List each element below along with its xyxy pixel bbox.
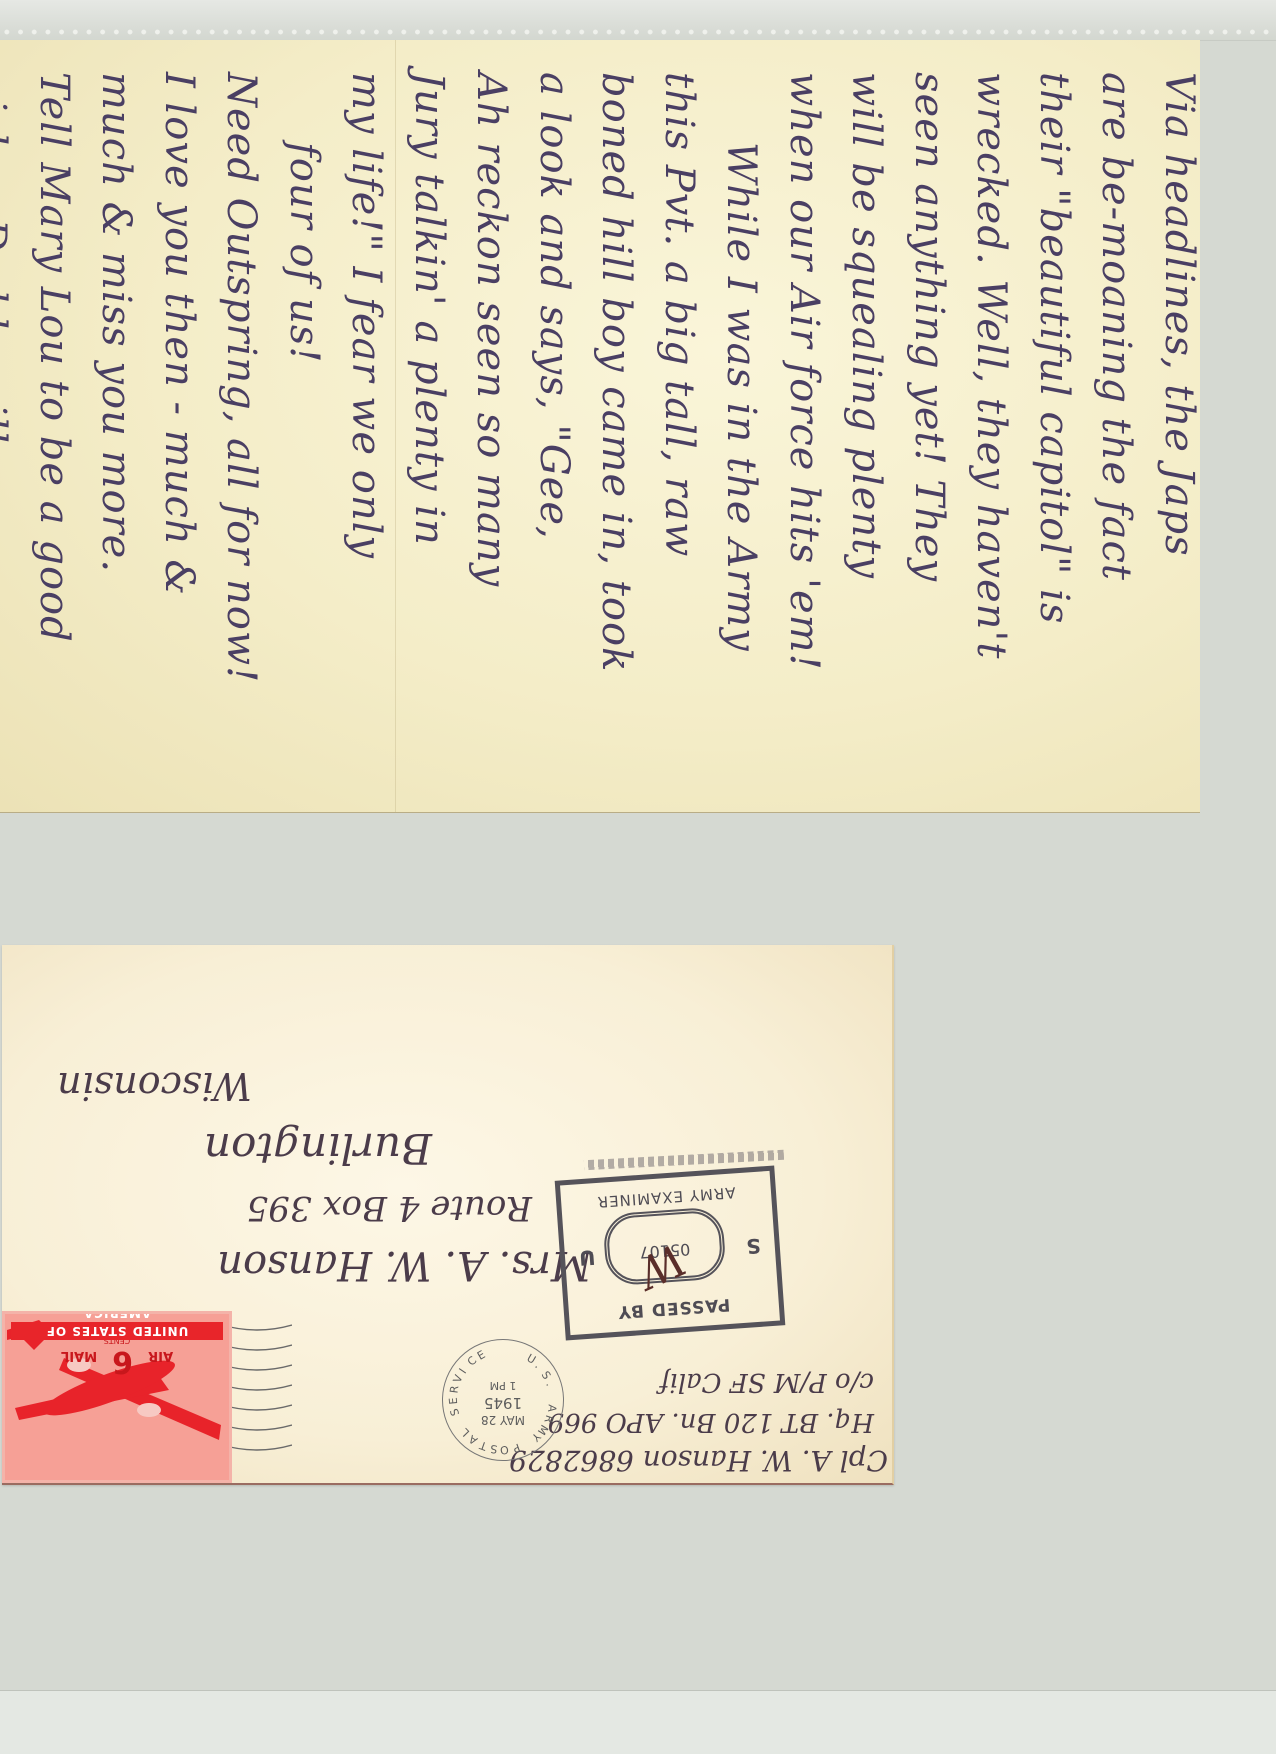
censor-stamp: PASSED BY S 05107 U ARMY EXAMINER W (555, 1166, 786, 1341)
letter-line: I love you then - much & (148, 72, 211, 792)
return-address-line1: Cpl A. W. Hanson 6862829 (509, 1444, 888, 1477)
album-sleeve-bottom (0, 1690, 1276, 1754)
letter-line: Jury talkin' a plenty in (398, 72, 461, 792)
recipient-name: Mrs. A. W. Hanson (217, 1242, 592, 1288)
letter-line: Tell Mary Lou to be a good (23, 72, 86, 792)
postmark-time: 1 PM (443, 1377, 563, 1394)
letter-page: Via headlines, the Japsare be-moaning th… (0, 40, 1200, 812)
letter-line: their "beautiful capitol" is (1023, 72, 1086, 792)
postmark-year: 1945 (443, 1394, 563, 1411)
stamp-country: UNITED STATES OF AMERICA (11, 1322, 223, 1340)
return-address-line2: Hq. BT 120 Bn. APO 969 (548, 1407, 874, 1437)
letter-line: girl or Daddy will come (0, 72, 23, 792)
censor-top-text: PASSED BY (568, 1291, 779, 1326)
letter-line: will be squealing plenty (835, 72, 898, 792)
stamp-mail-label: MAIL (61, 1348, 97, 1363)
letter-line: Ah reckon seen so many (460, 72, 523, 792)
letter-handwriting: Via headlines, the Japsare be-moaning th… (30, 72, 1200, 792)
postmark: U.S. ARMY POSTAL SERVICE MAY 28 1945 1 P… (442, 1339, 564, 1461)
postmark-date: MAY 28 (443, 1411, 563, 1428)
letter-line: While I was in the Army (710, 72, 773, 792)
letter-line: wrecked. Well, they haven't (960, 72, 1023, 792)
letter-line: much & miss you more. (85, 72, 148, 792)
letter-line: boned hill boy came in, took (585, 72, 648, 792)
envelope: Mrs. A. W. Hanson Route 4 Box 395 Burlin… (2, 945, 894, 1485)
letter-line: a look and says, "Gee, (523, 72, 586, 792)
recipient-city: Burlington (204, 1124, 432, 1173)
recipient-street: Route 4 Box 395 (247, 1188, 532, 1228)
letter-line: Need Outspring, all for now! (210, 72, 273, 792)
letter-line: when our Air force hits 'em! (773, 72, 836, 792)
letter-line: my life!" I fear we only (335, 72, 398, 792)
album-sleeve-top (0, 0, 1276, 41)
return-address-line3: c/o P/M SF Calif (660, 1367, 874, 1397)
stamp-air-label: AIR (148, 1348, 173, 1363)
letter-line: are be-moaning the fact (1085, 72, 1148, 792)
letter-line: seen anything yet! They (898, 72, 961, 792)
letter-line: this Pvt. a big tall, raw (648, 72, 711, 792)
letter-line: four of us! (273, 72, 336, 792)
censor-left-letter: S (746, 1234, 762, 1259)
recipient-state: Wisconsin (57, 1064, 252, 1108)
sleeve-perforation (0, 28, 1276, 36)
letter-line: Via headlines, the Japs (1148, 72, 1201, 792)
stamp-value: AIR 6 MAIL CENTS (5, 1344, 229, 1379)
censor-right-letter: U (578, 1245, 596, 1270)
stamp-denomination: 6 (112, 1344, 133, 1379)
airmail-stamp: AIR 6 MAIL CENTS UNITED STATES OF AMERIC… (2, 1311, 232, 1483)
censor-bottom-text: ARMY EXAMINER (561, 1181, 772, 1214)
